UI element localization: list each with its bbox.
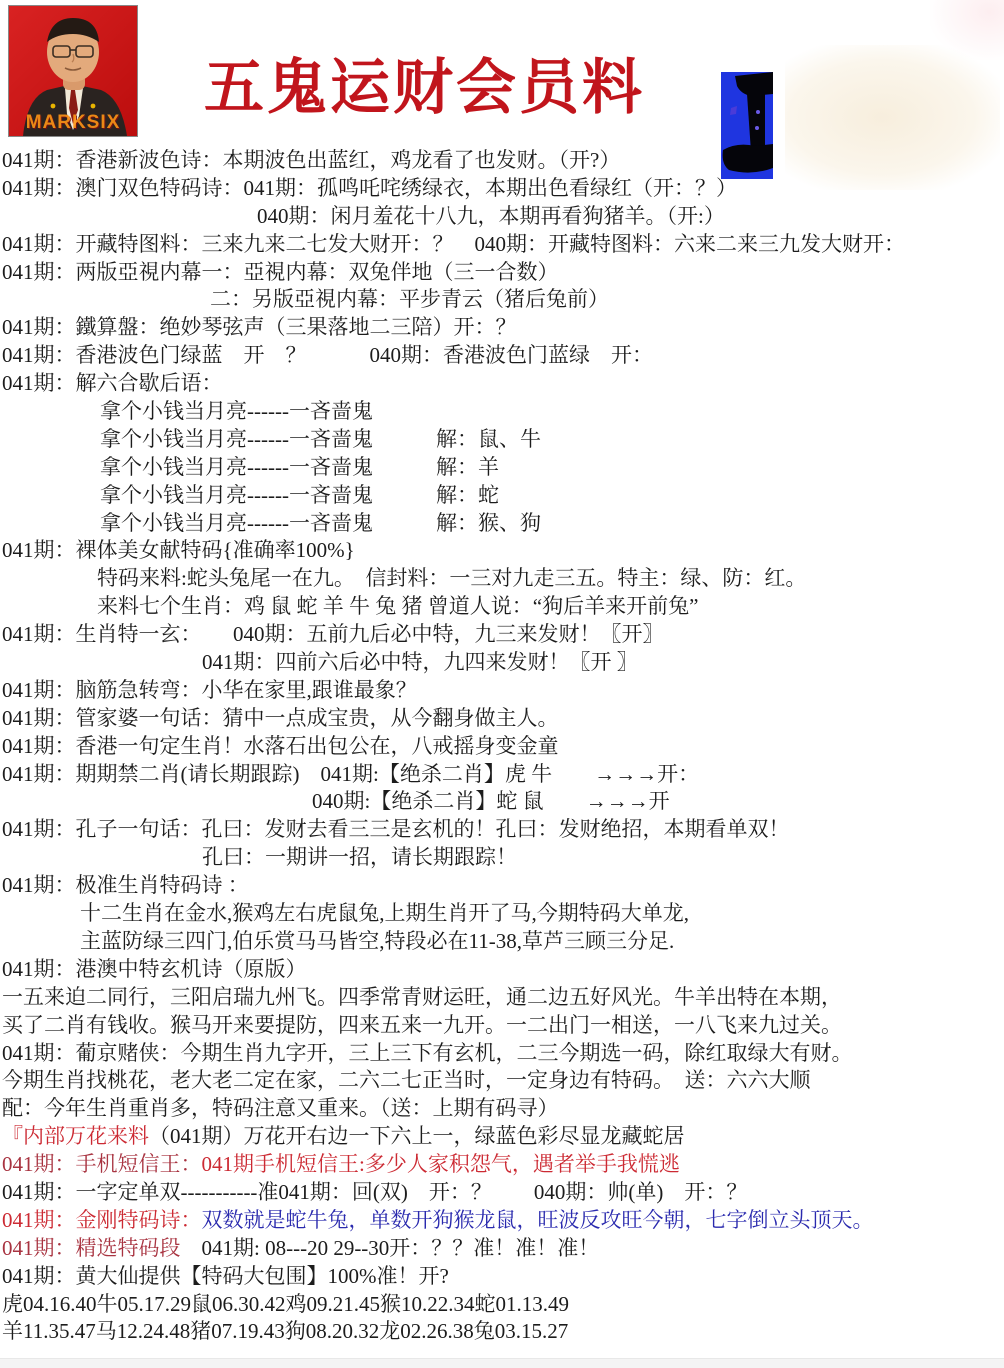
text-line: 041期：四前六后必中特，九四来发财！〖开 〗 <box>2 649 1002 677</box>
text-segment: 041期：孔子一句话：孔曰：发财去看三三是玄机的！孔曰：发财绝招，本期看单双！ <box>2 817 790 841</box>
text-line: 来料七个生肖：鸡 鼠 蛇 羊 牛 兔 猪 曾道人说：“狗后羊来开前兔” <box>2 593 1002 621</box>
text-segment: 041期手机短信王:多少人家积怨气，遇者举手我慌逃 <box>202 1152 680 1176</box>
text-line: 拿个小钱当月亮------一吝啬鬼 解：蛇 <box>2 482 1002 510</box>
text-segment: 拿个小钱当月亮------一吝啬鬼 解：蛇 <box>100 483 499 507</box>
text-segment: 来料七个生肖：鸡 鼠 蛇 羊 牛 兔 猪 曾道人说：“狗后羊来开前兔” <box>97 594 698 618</box>
text-line: 羊11.35.47马12.24.48猪07.19.43狗08.20.32龙02.… <box>2 1318 1002 1346</box>
text-segment: 特码来料:蛇头兔尾一在九。 信封料：一三对九走三五。特主：绿、防：红。 <box>97 566 806 590</box>
text-line: 主蓝防绿三四门,伯乐赏马马皆空,特段必在11-38,草芦三顾三分足. <box>2 928 1002 956</box>
text-line: 040期：闲月羞花十八九，本期再看狗猪羊。（开:） <box>2 203 1002 231</box>
text-line: 041期：精选特码段 041期: 08---20 29--30开：？？准！准！准… <box>2 1235 1002 1263</box>
text-line: 拿个小钱当月亮------一吝啬鬼 解：猴、狗 <box>2 510 1002 538</box>
text-segment: 041期：香港波色门绿蓝 开 ？ 040期：香港波色门蓝绿 开： <box>2 343 653 367</box>
text-line: 041期：香港一句定生肖！水落石出包公在，八戒摇身变金童 <box>2 733 1002 761</box>
text-line: 二：另版亞視内幕：平步青云（猪后兔前） <box>2 286 1002 314</box>
text-segment: 041期：期期禁二肖(请长期跟踪) 041期:【绝杀二肖】虎 牛 →→→开： <box>2 762 699 786</box>
text-line: 041期：管家婆一句话：猜中一点成宝贵，从今翻身做主人。 <box>2 705 1002 733</box>
text-line: 041期：两版亞視内幕一：亞視内幕：双兔伴地（三一合数） <box>2 259 1002 287</box>
text-line: 041期：黄大仙提供【特码大包围】100%准！开? <box>2 1263 1002 1291</box>
text-segment: 十二生肖在金水,猴鸡左右虎鼠兔,上期生肖开了马,今期特码大单龙, <box>80 901 689 925</box>
text-segment: 041期：一字定单双-----------准041期：回(双) 开：？ 040期… <box>2 1180 747 1204</box>
text-segment: （041期）万花开右边一下六上一，绿蓝色彩尽显龙藏蛇居 <box>149 1124 685 1148</box>
text-segment: 041期：香港一句定生肖！水落石出包公在，八戒摇身变金童 <box>2 734 559 758</box>
text-line: 一五来迫二同行，三阳启瑞九州飞。四季常青财运旺，通二边五好风光。牛羊出特在本期， <box>2 984 1002 1012</box>
text-segment: 配：今年生肖重肖多，特码注意又重来。（送：上期有码寻） <box>2 1096 559 1120</box>
text-line: 孔曰：一期讲一招，请长期跟踪！ <box>2 844 1002 872</box>
text-segment: 041期：开藏特图料：三来九来二七发大财开：？ 040期：开藏特图料：六来二来三… <box>2 232 905 256</box>
photo-caption-text: MARKSIX <box>9 112 137 134</box>
text-line: 拿个小钱当月亮------一吝啬鬼 解：羊 <box>2 454 1002 482</box>
text-segment: 『内部万花来料 <box>2 1124 149 1148</box>
page-header: MARKSIX 五鬼运财会员料 <box>0 0 1004 150</box>
text-line: 041期：孔子一句话：孔曰：发财去看三三是玄机的！孔曰：发财绝招，本期看单双！ <box>2 816 1002 844</box>
page-title: 五鬼运财会员料 <box>204 40 645 126</box>
text-line: 虎04.16.40牛05.17.29鼠06.30.42鸡09.21.45猴10.… <box>2 1291 1002 1319</box>
text-line: 拿个小钱当月亮------一吝啬鬼 <box>2 398 1002 426</box>
text-segment: 虎04.16.40牛05.17.29鼠06.30.42鸡09.21.45猴10.… <box>2 1292 569 1316</box>
text-segment: 041期: 08---20 29--30开：？？准！准！准！ <box>181 1236 600 1260</box>
text-segment: 041期：黄大仙提供【特码大包围】100%准！开? <box>2 1264 449 1288</box>
text-line: 041期：极准生肖特码诗 ： <box>2 872 1002 900</box>
text-segment: 双数就是蛇牛兔，单数开狗猴龙鼠，旺波反攻旺今朝，七字倒立头顶天。 <box>202 1208 874 1232</box>
text-line: 配：今年生肖重肖多，特码注意又重来。（送：上期有码寻） <box>2 1095 1002 1123</box>
text-segment: 041期：港澳中特玄机诗（原版） <box>2 957 307 981</box>
text-line: 041期：一字定单双-----------准041期：回(双) 开：？ 040期… <box>2 1179 1002 1207</box>
text-line: 041期：金刚特码诗：双数就是蛇牛兔，单数开狗猴龙鼠，旺波反攻旺今朝，七字倒立头… <box>2 1207 1002 1235</box>
text-segment: 041期：四前六后必中特，九四来发财！〖开 〗 <box>202 650 638 674</box>
text-segment: 主蓝防绿三四门,伯乐赏马马皆空,特段必在11-38,草芦三顾三分足. <box>80 929 674 953</box>
text-line: 041期：香港波色门绿蓝 开 ？ 040期：香港波色门蓝绿 开： <box>2 342 1002 370</box>
text-line: 041期：脑筋急转弯：小华在家里,跟谁最象？ <box>2 677 1002 705</box>
text-segment: 拿个小钱当月亮------一吝啬鬼 <box>100 399 373 423</box>
text-line: 买了二肖有钱收。猴马开来要提防，四来五来一九开。一二出门一相送，一八飞来九过关。 <box>2 1012 1002 1040</box>
text-segment: 羊11.35.47马12.24.48猪07.19.43狗08.20.32龙02.… <box>2 1319 568 1343</box>
text-line: 041期：开藏特图料：三来九来二七发大财开：？ 040期：开藏特图料：六来二来三… <box>2 231 1002 259</box>
text-line: 040期:【绝杀二肖】蛇 鼠 →→→开 <box>2 788 1002 816</box>
text-segment: 拿个小钱当月亮------一吝啬鬼 解：羊 <box>100 455 499 479</box>
text-segment: 041期：解六合歇后语： <box>2 371 223 395</box>
text-segment: 二：另版亞視内幕：平步青云（猪后兔前） <box>210 287 609 311</box>
text-line: 041期：解六合歇后语： <box>2 370 1002 398</box>
text-line: 特码来料:蛇头兔尾一在九。 信封料：一三对九走三五。特主：绿、防：红。 <box>2 565 1002 593</box>
text-line: 041期：港澳中特玄机诗（原版） <box>2 956 1002 984</box>
text-line: 今期生肖找桃花，老大老二定在家，二六二七正当时，一定身边有特码。 送：六六大顺 <box>2 1067 1002 1095</box>
text-segment: 041期：生肖特一玄： 040期：五前九后必中特，九三来发财！〖开〗 <box>2 622 664 646</box>
text-line: 041期：生肖特一玄： 040期：五前九后必中特，九三来发财！〖开〗 <box>2 621 1002 649</box>
text-segment: 孔曰：一期讲一招，请长期跟踪！ <box>202 845 517 869</box>
corner-watermark <box>930 0 1004 60</box>
text-segment: 拿个小钱当月亮------一吝啬鬼 解：猴、狗 <box>100 511 541 535</box>
text-line: 041期：期期禁二肖(请长期跟踪) 041期:【绝杀二肖】虎 牛 →→→开： <box>2 761 1002 789</box>
text-segment: 040期:【绝杀二肖】蛇 鼠 →→→开 <box>312 789 670 813</box>
text-segment: 今期生肖找桃花，老大老二定在家，二六二七正当时，一定身边有特码。 送：六六大顺 <box>2 1068 811 1092</box>
text-line: 041期：香港新波色诗：本期波色出蓝红，鸡龙看了也发财。（开?） <box>2 147 1002 175</box>
text-segment: 041期：金刚特码诗： <box>2 1208 202 1232</box>
portrait-photo: MARKSIX <box>8 5 138 137</box>
text-segment: 040期：闲月羞花十八九，本期再看狗猪羊。（开:） <box>257 204 725 228</box>
text-line: 041期：葡京赌侠：今期生肖九字开，三上三下有玄机，二三今期选一码，除红取绿大有… <box>2 1040 1002 1068</box>
text-segment: 041期：管家婆一句话：猜中一点成宝贵，从今翻身做主人。 <box>2 706 559 730</box>
text-line: 拿个小钱当月亮------一吝啬鬼 解：鼠、牛 <box>2 426 1002 454</box>
text-segment: 041期：鐵算盤：绝妙琴弦声（三果落地二三陪）开：？ <box>2 315 517 339</box>
text-segment: 拿个小钱当月亮------一吝啬鬼 解：鼠、牛 <box>100 427 541 451</box>
text-line: 041期：裸体美女献特码{准确率100%} <box>2 537 1002 565</box>
text-line: 十二生肖在金水,猴鸡左右虎鼠兔,上期生肖开了马,今期特码大单龙, <box>2 900 1002 928</box>
text-segment: 041期：精选特码段 <box>2 1236 181 1260</box>
text-segment: 041期：手机短信王： <box>2 1152 202 1176</box>
text-segment: 041期：葡京赌侠：今期生肖九字开，三上三下有玄机，二三今期选一码，除红取绿大有… <box>2 1041 853 1065</box>
bottom-edge-strip <box>0 1358 1004 1368</box>
text-line: 『内部万花来料（041期）万花开右边一下六上一，绿蓝色彩尽显龙藏蛇居 <box>2 1123 1002 1151</box>
text-segment: 买了二肖有钱收。猴马开来要提防，四来五来一九开。一二出门一相送，一八飞来九过关。 <box>2 1013 842 1037</box>
text-segment: 041期：极准生肖特码诗 ： <box>2 873 249 897</box>
document-lines: 041期：香港新波色诗：本期波色出蓝红，鸡龙看了也发财。（开?）041期：澳门双… <box>2 147 1002 1346</box>
text-segment: 041期：澳门双色特码诗：041期：孤鸣吒咤绣绿衣，本期出色看绿红（开：？） <box>2 176 737 200</box>
text-segment: 041期：两版亞視内幕一：亞視内幕：双兔伴地（三一合数） <box>2 260 559 284</box>
text-segment: 041期：香港新波色诗：本期波色出蓝红，鸡龙看了也发财。（开?） <box>2 148 620 172</box>
text-line: 041期：手机短信王：041期手机短信王:多少人家积怨气，遇者举手我慌逃 <box>2 1151 1002 1179</box>
text-line: 041期：澳门双色特码诗：041期：孤鸣吒咤绣绿衣，本期出色看绿红（开：？） <box>2 175 1002 203</box>
text-segment: 041期：裸体美女献特码{准确率100%} <box>2 538 355 562</box>
text-line: 041期：鐵算盤：绝妙琴弦声（三果落地二三陪）开：？ <box>2 314 1002 342</box>
text-segment: 一五来迫二同行，三阳启瑞九州飞。四季常青财运旺，通二边五好风光。牛羊出特在本期， <box>2 985 842 1009</box>
text-segment: 041期：脑筋急转弯：小华在家里,跟谁最象？ <box>2 678 417 702</box>
